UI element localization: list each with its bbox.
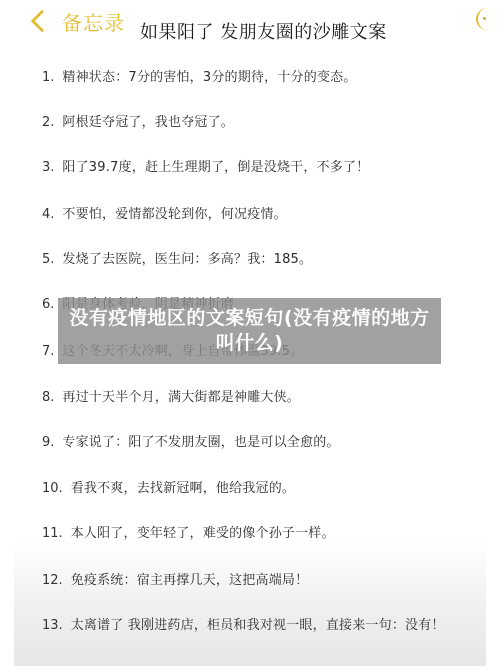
item-text: 免疫系统：宿主再撑几天，这把高端局！ [71,569,309,588]
item-number: 2. [42,115,54,130]
item-text: 精神状态：7分的害怕，3分的期待，十分的变态。 [62,66,356,85]
item-text: 阿根廷夺冠了，我也夺冠了。 [62,111,234,130]
item-number: 9. [42,435,54,450]
list-item: 3. 阳了39.7度，赶上生理期了，倒是没烧干，不多了！ [42,156,369,175]
overlay-caption: 没有疫情地区的文案短句(没有疫情的地方叫什么) [65,306,435,356]
item-number: 3. [42,160,54,175]
bottom-fade [14,540,486,666]
list-item: 1. 精神状态：7分的害怕，3分的期待，十分的变态。 [42,66,357,85]
chevron-left-icon [31,10,54,33]
item-text: 再过十天半个月，满大街都是神雕大侠。 [62,386,300,405]
share-icon[interactable] [476,8,498,30]
caption-overlay: 没有疫情地区的文案短句(没有疫情的地方叫什么) [58,298,441,364]
header: 备忘录 如果阳了 发朋友圈的沙雕文案 [0,0,500,50]
item-text: 发烧了去医院，医生问：多高？我：185。 [62,248,312,267]
list-item: 5. 发烧了去医院，医生问：多高？我：185。 [42,248,312,267]
list-item: 9. 专家说了：阳了不发朋友圈，也是可以全愈的。 [42,431,340,450]
list-item: 8. 再过十天半个月，满大街都是神雕大侠。 [42,386,300,405]
item-number: 10. [42,481,63,496]
item-number: 4. [42,207,54,222]
item-text: 看我不爽，去找新冠啊，他给我冠的。 [71,477,295,496]
item-number: 1. [42,70,54,85]
page-title: 如果阳了 发朋友圈的沙雕文案 [140,18,387,44]
item-number: 8. [42,390,54,405]
back-label: 备忘录 [62,7,125,36]
item-number: 6. [42,297,54,312]
list-item: 10. 看我不爽，去找新冠啊，他给我冠的。 [42,477,295,496]
item-number: 7. [42,344,54,359]
list-item: 11. 本人阳了，变年轻了，难受的像个孙子一样。 [42,522,335,541]
list-item: 13. 太离谱了 我刚进药店，柜员和我对视一眼，直接来一句：没有！ [42,614,445,633]
item-text: 不要怕，爱情都没轮到你，何况疫情。 [62,203,286,222]
item-text: 阳了39.7度，赶上生理期了，倒是没烧干，不多了！ [62,156,369,175]
list-item: 4. 不要怕，爱情都没轮到你，何况疫情。 [42,203,287,222]
item-number: 12. [42,573,63,588]
item-text: 太离谱了 我刚进药店，柜员和我对视一眼，直接来一句：没有！ [71,614,445,633]
list-item: 12. 免疫系统：宿主再撑几天，这把高端局！ [42,569,308,588]
item-text: 本人阳了，变年轻了，难受的像个孙子一样。 [71,522,335,541]
item-text: 专家说了：阳了不发朋友圈，也是可以全愈的。 [62,431,339,450]
item-number: 11. [42,526,63,541]
item-number: 5. [42,252,54,267]
list-item: 2. 阿根廷夺冠了，我也夺冠了。 [42,111,234,130]
item-number: 13. [42,618,63,633]
back-button[interactable]: 备忘录 [28,6,125,36]
memo-page: 备忘录 如果阳了 发朋友圈的沙雕文案 1. 精神状态：7分的害怕，3分的期待，十… [0,0,500,666]
